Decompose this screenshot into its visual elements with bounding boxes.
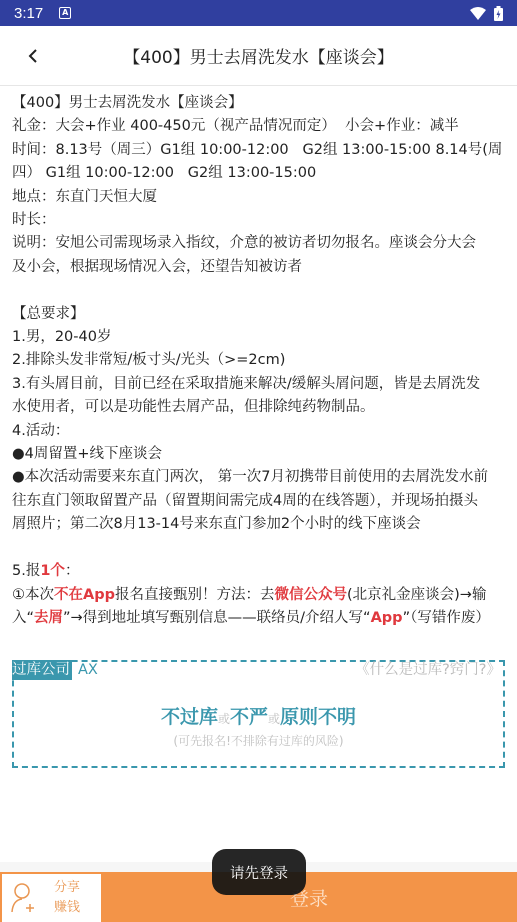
signup-suffix: ：	[65, 563, 80, 579]
chevron-left-icon	[27, 48, 39, 64]
page-title: 【400】男士去屑洗发水【座谈会】	[123, 43, 393, 68]
highlight: 微信公众号	[274, 587, 347, 603]
share-line: 分享	[54, 878, 80, 898]
highlight: 去屑	[34, 610, 63, 626]
content-line: 【总要求】	[12, 303, 512, 326]
signup-prefix: 5.报	[12, 563, 40, 579]
content-line: ●4周留置+线下座谈会	[12, 443, 512, 466]
share-label: 分享赚钱	[54, 878, 80, 918]
content-line: 2.排除头发非常短/板寸头/光头（>=2cm)	[12, 349, 512, 372]
wifi-icon	[470, 7, 486, 20]
or-text: 或	[268, 712, 280, 726]
app-bar: 【400】男士去屑洗发水【座谈会】	[0, 26, 517, 86]
company-code: AX	[78, 660, 98, 680]
status-time: 3:17	[14, 5, 43, 22]
text: 入“	[12, 610, 34, 626]
signup-method-line: ①本次不在App报名直接甄别！方法：去微信公众号(北京礼金座谈会)→输	[12, 584, 512, 607]
content-line: 1.男，20-40岁	[12, 326, 512, 349]
highlight: App	[371, 610, 403, 626]
content-line: 时长：	[12, 209, 512, 232]
text: ”（写错作废）	[403, 610, 490, 626]
or-text: 或	[218, 712, 230, 726]
text: ”→得到地址填写甄别信息——联络员/介绍人写“	[63, 610, 371, 626]
status-part: 原则不明	[280, 706, 356, 728]
share-earn-button[interactable]: 分享赚钱	[2, 874, 101, 922]
toast-message: 请先登录	[212, 849, 306, 895]
notification-icon: A	[59, 7, 71, 19]
back-button[interactable]	[20, 42, 46, 70]
task-description: 【400】男士去屑洗发水【座谈会】 礼金：大会+作业 400-450元（视产品情…	[12, 92, 512, 630]
battery-charging-icon	[494, 6, 503, 21]
content-line: 屑照片；第二次8月13-14号来东直门参加2个小时的线下座谈会	[12, 513, 512, 536]
content-line: 及小会，根据现场情况入会，还望告知被访者	[12, 256, 512, 279]
status-part: 不严	[230, 706, 268, 728]
content-line: 水使用者，可以是功能性去屑产品，但排除纯药物制品。	[12, 396, 512, 419]
status-bar: 3:17 A	[0, 0, 517, 26]
content-line: ●本次活动需要来东直门两次， 第一次7月初携带目前使用的去屑洗发水前	[12, 466, 512, 489]
screening-tag: 过库公司	[12, 660, 72, 680]
what-is-screening-link[interactable]: 《什么是过库?窍门?》	[355, 660, 501, 680]
content-line: 地点：东直门天恒大厦	[12, 186, 512, 209]
spacer	[12, 537, 512, 560]
content-line: 3.有头屑目前，目前已经在采取措施来解决/缓解头屑问题，皆是去屑洗发	[12, 373, 512, 396]
content-line: 说明：安旭公司需现场录入指纹，介意的被访者切勿报名。座谈会分大会	[12, 232, 512, 255]
share-line: 赚钱	[54, 898, 80, 918]
text: ①本次	[12, 587, 54, 603]
signup-method-line: 入“去屑”→得到地址填写甄别信息——联络员/介绍人写“App”（写错作废）	[12, 607, 512, 630]
text: (北京礼金座谈会)→输	[347, 587, 486, 603]
screening-note: (可先报名!不排除有过库的风险)	[14, 732, 503, 749]
signup-count-line: 5.报1个：	[12, 560, 512, 583]
login-button[interactable]: 登录	[101, 872, 517, 922]
highlight: 不在App	[54, 587, 115, 603]
screening-notice-box: 过库公司 AX 《什么是过库?窍门?》 不过库或不严或原则不明 (可先报名!不排…	[12, 660, 505, 768]
add-user-icon	[10, 882, 36, 914]
content-line: 【400】男士去屑洗发水【座谈会】	[12, 92, 512, 115]
screening-status: 不过库或不严或原则不明	[14, 702, 503, 729]
content-line: 礼金：大会+作业 400-450元（视产品情况而定） 小会+作业：减半	[12, 115, 512, 138]
content-line: 时间：8.13号（周三）G1组 10:00-12:00 G2组 13:00-15…	[12, 139, 512, 162]
status-part: 不过库	[161, 706, 218, 728]
text: 报名直接甄别！方法：去	[115, 587, 275, 603]
content-line: 往东直门领取留置产品（留置期间需完成4周的在线答题），并现场拍摄头	[12, 490, 512, 513]
content-line: 四） G1组 10:00-12:00 G2组 13:00-15:00	[12, 162, 512, 185]
content-line: 4.活动：	[12, 420, 512, 443]
status-icons	[470, 6, 503, 21]
signup-count: 1个	[40, 563, 65, 579]
spacer	[12, 279, 512, 302]
